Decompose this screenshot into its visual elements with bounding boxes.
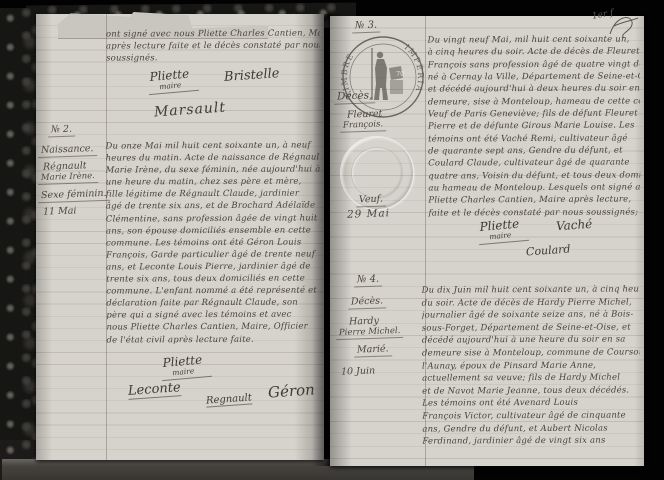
handwritten-line: né à Cernay la Ville, Département de Sei… <box>428 70 640 83</box>
signature-pliette-maire: Pliette maire <box>147 66 199 95</box>
handwritten-line: père qui a signé avec les témoins et ave… <box>106 309 320 322</box>
signature-pliette-title: maire <box>150 80 190 92</box>
act3-signature-coulard: Coulard <box>526 242 571 258</box>
act4-body-text: Du dix Juin mil huit cent soixante un, à… <box>422 283 641 448</box>
signature-bristelle: Bristelle <box>224 66 280 85</box>
act3-signature-pliette: Pliette maire <box>477 216 529 245</box>
handwritten-line: du soir. Acte de décès de Hardy Pierre M… <box>422 296 640 310</box>
handwritten-line: soussignés. <box>106 52 320 65</box>
act3-signature-pliette-title: maire <box>480 230 520 242</box>
act2-signature-pliette: Pliette maire <box>160 352 212 381</box>
signature-marsault: Marsault <box>154 100 227 121</box>
handwritten-line: Ferdinand, jardinier âgé de vingt six an… <box>422 435 640 449</box>
handwritten-line: ont signé avec nous Pliette Charles Cant… <box>106 27 320 40</box>
act3-signature-vache: Vaché <box>556 217 593 233</box>
act2-margin-number: № 2. <box>48 124 76 138</box>
act2-margin-category: Naissance. <box>38 143 97 158</box>
act4-margin-category: Décès. <box>348 295 387 309</box>
act3-margin-category: Décès, <box>334 89 376 104</box>
right-page: № 3. TIMBRE IMPÉRIAL <box>330 16 644 466</box>
handwritten-line: demeure sise à Monteloup, commune de Cou… <box>422 346 640 360</box>
embossed-seal-inner-ring <box>351 147 403 199</box>
handwritten-line: faite et le décès constaté par nous sous… <box>428 206 640 219</box>
handwritten-line: heures du matin. Acte de naissance de Ré… <box>106 152 320 165</box>
handwritten-line: Marie Irène, du sexe féminin, née aujour… <box>106 164 320 177</box>
handwritten-line: ans, son épouse domiciliés ensemble en c… <box>106 224 320 237</box>
handwritten-line: et décédé aujourd'hui à deux heures du s… <box>428 83 640 96</box>
act2-margin-name-2: Marie Irène. <box>38 171 98 185</box>
handwritten-line: de quarante sept ans, Gendre du défunt, … <box>428 145 640 158</box>
handwritten-line: Coulard Claude, cultivateur âgé de quara… <box>428 157 640 170</box>
act2-signature-leconte: Leconte <box>128 380 182 400</box>
book-cover-left-edge <box>0 8 40 472</box>
handwritten-line: commune. Les témoins ont été Géron Louis <box>106 236 320 249</box>
act2-signature-regnault: Regnault <box>206 392 253 407</box>
act2-signature-pliette-title: maire <box>163 366 203 378</box>
act3-margin-status: Veuf. <box>356 193 386 207</box>
act3-body-text: Du vingt neuf Mai, mil huit cent soixant… <box>428 33 641 219</box>
scanned-register-spread: ont signé avec nous Pliette Charles Cant… <box>0 0 664 480</box>
act4-margin-name-2: Pierre Michel. <box>336 326 404 340</box>
handwritten-line: quatre ans, Voisin du défunt, et tous de… <box>428 169 640 182</box>
handwritten-line: Veuf de Paris Geneviève; fils de défunt … <box>428 108 640 121</box>
handwritten-line: à cinq heures du soir. Acte de décès de … <box>428 46 640 59</box>
act3-margin-date: 29 Mai <box>344 207 394 222</box>
handwritten-line: ans, Gendre du défunt, et Aubert Nicolas <box>422 422 640 436</box>
handwritten-line: Clémentine, sans profession âgée de ving… <box>106 212 320 225</box>
handwritten-line: François Victor, cultivateur âgé de cinq… <box>422 409 640 423</box>
handwritten-line: une heure du matin, chez ses père et mèr… <box>106 176 320 189</box>
handwritten-line: âgé de trente six ans, et de Brochard Ad… <box>106 200 320 213</box>
handwritten-line: commune. L'enfant nommé a été représenté… <box>106 285 320 298</box>
handwritten-line: trente six ans, tous deux domiciliés en … <box>106 272 320 285</box>
act3-margin-name-2: François. <box>340 119 387 133</box>
act2-margin-sex: Sexe féminin. <box>38 188 110 203</box>
handwritten-line: après lecture faite et le décès constaté… <box>106 40 320 53</box>
folio-paraph-flourish <box>606 12 640 40</box>
act4-margin-date: 10 Juin <box>338 365 379 378</box>
handwritten-line: sous-Forget, Département de Seine-et-Ois… <box>422 321 640 335</box>
stamp-value: 70 <box>396 70 404 78</box>
left-page: ont signé avec nous Pliette Charles Cant… <box>36 14 324 460</box>
act4-margin-number: № 4. <box>354 274 383 288</box>
handwritten-line: témoins ont été Vaché Remi, cultivateur … <box>428 132 640 145</box>
handwritten-line: Pliette Charles Cantien, Maire après lec… <box>428 194 640 207</box>
handwritten-line: ans, et Leconte Louis Pierre, jardinier … <box>106 260 320 273</box>
handwritten-line: déclaration faite par Régnault Claude, s… <box>106 297 320 310</box>
act2-margin-date: 11 Mai <box>40 205 80 218</box>
handwritten-line: décédé aujourd'hui à une heure du soir e… <box>422 334 640 348</box>
act3-margin-number: № 3. <box>352 20 381 34</box>
previous-act-closing-text: ont signé avec nous Pliette Charles Cant… <box>106 27 320 64</box>
handwritten-line: François, Garde particulier âgé de trent… <box>106 248 320 261</box>
handwritten-line: au hameau de Monteloup. Lesquels ont sig… <box>428 182 640 195</box>
act2-body-text: Du onze Mai mil huit cent soixante un, à… <box>105 139 320 346</box>
handwritten-line: Du onze Mai mil huit cent soixante un, à… <box>105 139 319 152</box>
act2-signature-geron: Géron <box>267 380 315 401</box>
act4-margin-status: Marié. <box>354 343 392 357</box>
handwritten-line: nous Pliette Charles Cantien, Maire, Off… <box>106 321 320 334</box>
handwritten-line: Pierre et de défunte Girous Marie Louise… <box>428 120 640 133</box>
handwritten-line: Les témoins ont été Avenard Louis <box>422 397 640 411</box>
handwritten-line: journalier âgé de soixante seize ans, né… <box>422 309 640 323</box>
handwritten-line: de l'état civil après lecture faite. <box>106 333 320 346</box>
handwritten-line: et de Navot Marie Jeanne, tous deux décé… <box>422 384 640 398</box>
handwritten-line: l'Aunay, époux de Pinsard Marie Anne, <box>422 359 640 373</box>
handwritten-line: fille légitime de Régnault Claude, jardi… <box>106 188 320 201</box>
handwritten-line: François sans profession âgé de quatre v… <box>428 58 640 71</box>
handwritten-line: Du dix Juin mil huit cent soixante un, à… <box>422 283 640 297</box>
handwritten-line: actuellement sa veuve; fils de Hardy Mic… <box>422 372 640 386</box>
handwritten-line: demeure, sise à Monteloup, hameau de cet… <box>428 95 640 108</box>
